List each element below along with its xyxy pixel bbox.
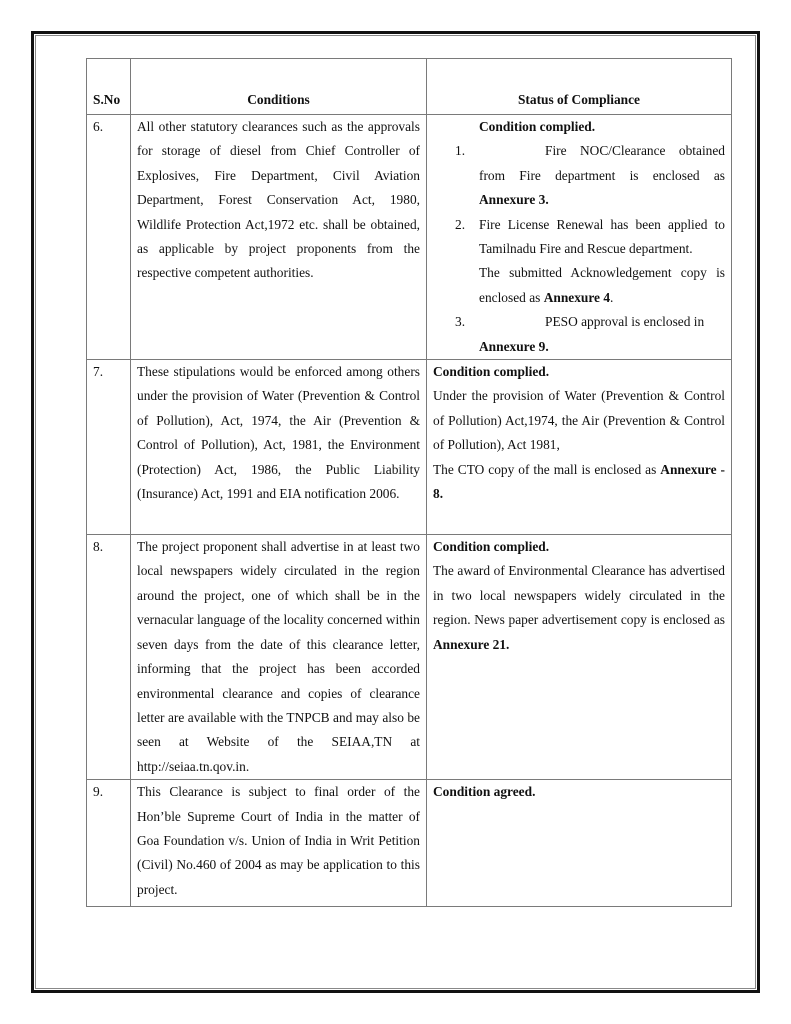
annexure-ref: Annexure 21. [433, 637, 509, 652]
table-row: 8. The project proponent shall advertise… [87, 535, 732, 780]
status-heading: Condition complied. [433, 535, 725, 559]
annexure-ref: Annexure 3. [479, 192, 549, 207]
row-status: Condition complied. The award of Environ… [427, 535, 732, 780]
item-text: PESO approval is enclosed in [545, 314, 704, 329]
item-text: Fire License Renewal has been applied to… [479, 217, 725, 256]
status-text: The award of Environmental Clearance has… [433, 563, 725, 627]
item-number: 1. [455, 139, 465, 163]
table-row: 7. These stipulations would be enforced … [87, 360, 732, 535]
table-row: 9. This Clearance is subject to final or… [87, 780, 732, 907]
status-text: The CTO copy of the mall is enclosed as [433, 462, 660, 477]
status-heading: Condition agreed. [433, 780, 725, 804]
header-conditions: Conditions [131, 59, 427, 115]
punctuation: . [610, 290, 613, 305]
row-condition: These stipulations would be enforced amo… [131, 360, 427, 535]
annexure-ref: Annexure 9. [479, 339, 549, 354]
row-sno: 9. [87, 780, 131, 907]
item-number: 3. [455, 310, 465, 334]
compliance-table: S.No Conditions Status of Compliance 6. … [86, 58, 732, 907]
row-sno: 7. [87, 360, 131, 535]
header-sno: S.No [87, 59, 131, 115]
status-text: Under the provision of Water (Prevention… [433, 384, 725, 457]
annexure-ref: Annexure 4 [544, 290, 610, 305]
status-list-item: 1. Fire NOC/Clearance obtained from Fire… [433, 139, 725, 212]
row-condition: All other statutory clearances such as t… [131, 115, 427, 360]
status-list-item: 2. Fire License Renewal has been applied… [433, 213, 725, 311]
row-status: Condition complied. 1. Fire NOC/Clearanc… [427, 115, 732, 360]
row-condition: This Clearance is subject to final order… [131, 780, 427, 907]
row-sno: 8. [87, 535, 131, 780]
table-row: 6. All other statutory clearances such a… [87, 115, 732, 360]
status-list-item: 3. PESO approval is enclosed in Annexure… [433, 310, 725, 359]
status-list: 1. Fire NOC/Clearance obtained from Fire… [433, 139, 725, 359]
item-text: Fire NOC/Clearance obtained from Fire de… [479, 143, 725, 182]
table-header-row: S.No Conditions Status of Compliance [87, 59, 732, 115]
row-condition: The project proponent shall advertise in… [131, 535, 427, 780]
item-number: 2. [455, 213, 465, 237]
row-status: Condition complied. Under the provision … [427, 360, 732, 535]
row-sno: 6. [87, 115, 131, 360]
status-heading: Condition complied. [433, 115, 725, 139]
status-heading: Condition complied. [433, 360, 725, 384]
row-status: Condition agreed. [427, 780, 732, 907]
header-status: Status of Compliance [427, 59, 732, 115]
